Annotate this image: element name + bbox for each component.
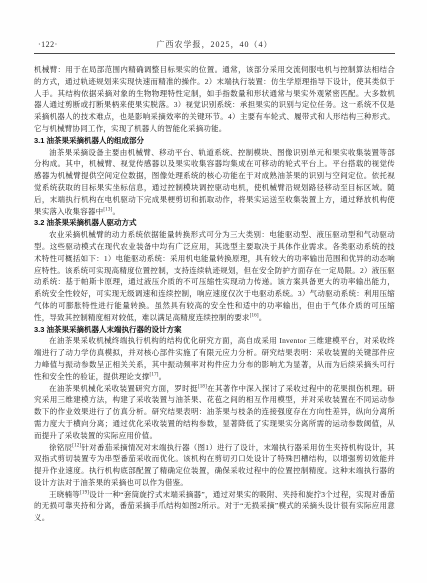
citation-ref: [17] <box>150 372 159 377</box>
para-3-2-drive-types: 农业采摘机械臂的动力系统依据能量转换形式可分为三大类别：电能驱动型、液压驱动型和… <box>34 229 395 323</box>
journal-title-line: 广西农学报，2025，40（4） <box>34 38 395 51</box>
para-3-3-gao-zicheng-study: 在油茶果采收机械终端执行机构的结构优化研究方面，高自成采用 Inventor 三… <box>34 335 395 382</box>
article-body: 机械臂：用于在局部范围内精确调整目标果实的位置。通常，该部分采用交流伺服电机与控… <box>34 64 395 524</box>
section-heading-3-2: 3.2 油茶果采摘机器人驱动方式 <box>34 217 395 229</box>
para-3-3-luo-shiting-study: 在油茶果机械化采收装置研究方面，罗时挺[18]在其著作中深入探讨了采收过程中的花… <box>34 383 395 442</box>
citation-ref: [18] <box>198 384 207 389</box>
para-3-3-wang-xiaonan-study: 王晓楠等[19]设计一种“套筒旋拧式末端采摘器”，通过对果实的吸附、夹持和旋拧3… <box>34 489 395 524</box>
header-rule <box>34 53 395 54</box>
citation-ref: [13] <box>103 207 112 212</box>
para-3-3-xu-mingchen-study: 徐铭辰[12]针对番茄采摘情况对末端执行器（图1）进行了设计，末端执行器采用仿生… <box>34 442 395 489</box>
citation-ref: [12] <box>72 443 81 448</box>
section-heading-3-3: 3.3 油茶果采摘机器人末端执行器的设计方案 <box>34 324 395 336</box>
para-3-1-composition: 油茶果采摘设备主要由机械臂、移动平台、轨道系统、控制模块、图像识别单元和果实收集… <box>34 147 395 218</box>
citation-ref: [16] <box>250 313 259 318</box>
section-heading-3-1: 3.1 油茶果采摘机器人的组成部分 <box>34 135 395 147</box>
citation-ref: [19] <box>80 490 89 495</box>
para-robot-components-continued: 机械臂：用于在局部范围内精确调整目标果实的位置。通常，该部分采用交流伺服电机与控… <box>34 64 395 135</box>
journal-page: ·122· 广西农学报，2025，40（4） 机械臂：用于在局部范围内精确调整目… <box>0 0 427 583</box>
page-header: ·122· 广西农学报，2025，40（4） <box>34 38 395 51</box>
